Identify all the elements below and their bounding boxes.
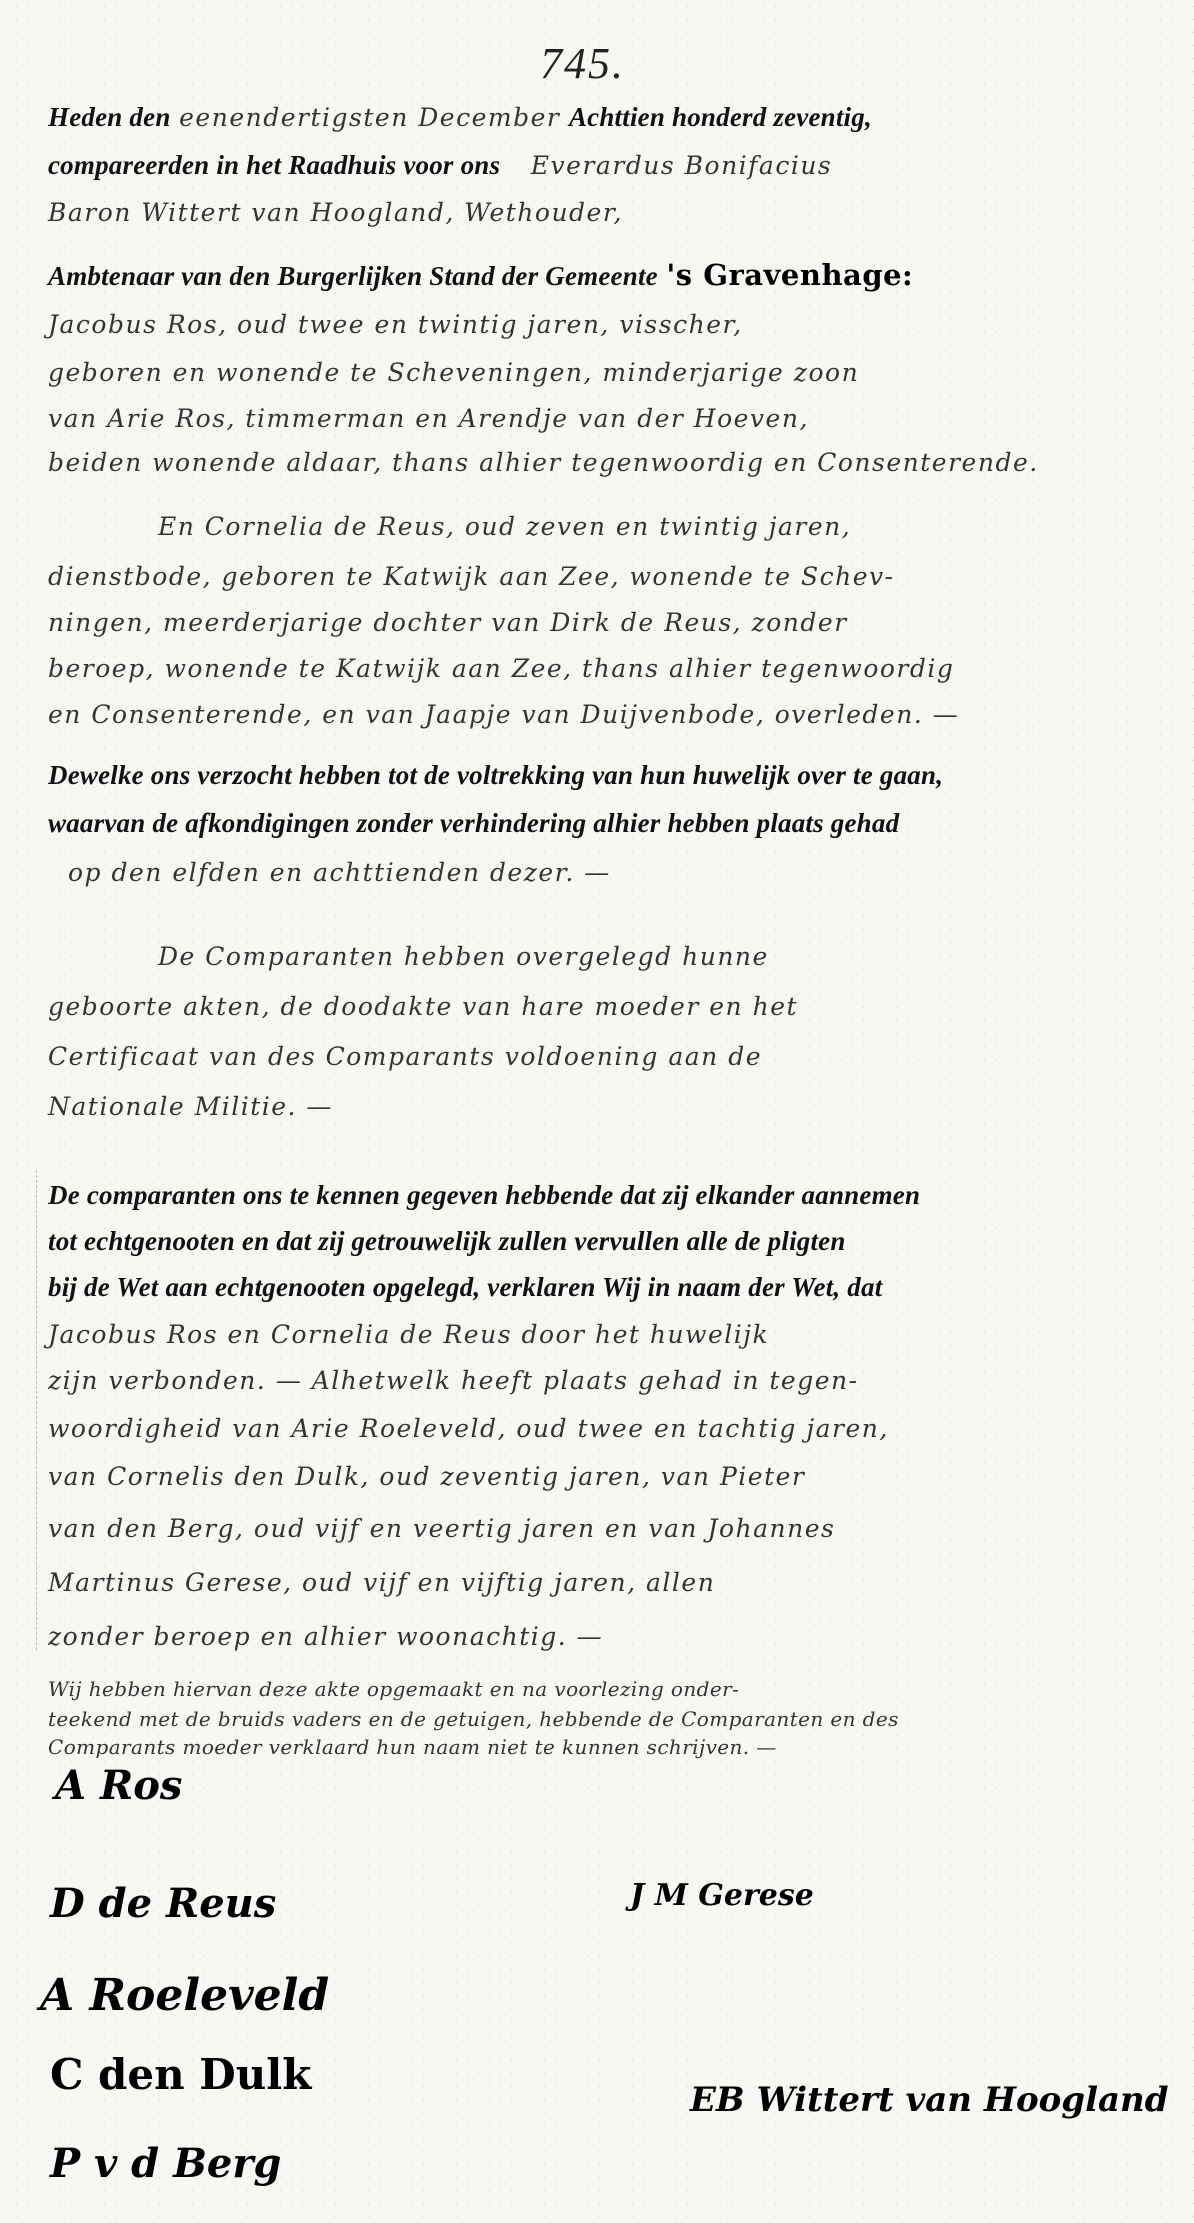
documents-line: Nationale Militie. — bbox=[48, 1090, 1124, 1124]
proclamation-line: Dewelke ons verzocht hebben tot de voltr… bbox=[48, 758, 1124, 792]
signature-official: EB Wittert van Hoogland bbox=[690, 2080, 1169, 2120]
declaration-line: tot echtgenooten en dat zij getrouwelijk… bbox=[48, 1224, 1124, 1258]
documents-line: geboorte akten, de doodakte van hare moe… bbox=[48, 990, 1124, 1024]
printed-text: compareerden in het Raadhuis voor ons bbox=[48, 150, 500, 180]
intro-line-1: Heden den eenendertigsten December Achtt… bbox=[48, 100, 1124, 135]
groom-line: beiden wonende aldaar, thans alhier tege… bbox=[48, 446, 1124, 480]
declaration-line: Martinus Gerese, oud vijf en vijftig jar… bbox=[48, 1566, 1124, 1600]
intro-line-2: compareerden in het Raadhuis voor ons Ev… bbox=[48, 148, 1124, 183]
signature-witness-1: A Roeleveld bbox=[40, 1970, 329, 2021]
printed-text: Ambtenaar van den Burgerlijken Stand der… bbox=[48, 261, 658, 291]
bride-line: dienstbode, geboren te Katwijk aan Zee, … bbox=[48, 560, 1124, 594]
municipality-name: 's Gravenhage: bbox=[666, 258, 913, 292]
bride-line: En Cornelia de Reus, oud zeven en twinti… bbox=[48, 510, 1124, 544]
signature-witness-4: J M Gerese bbox=[630, 1878, 814, 1913]
declaration-line: woordigheid van Arie Roeleveld, oud twee… bbox=[48, 1412, 1124, 1446]
signature-father-bride: D de Reus bbox=[50, 1880, 276, 1927]
signature-witness-2: C den Dulk bbox=[50, 2050, 311, 2099]
printed-text: Heden den bbox=[48, 102, 171, 132]
documents-line: De Comparanten hebben overgelegd hunne bbox=[48, 940, 1124, 974]
declaration-line: zonder beroep en alhier woonachtig. — bbox=[48, 1620, 1124, 1654]
documents-line: Certificaat van des Comparants voldoenin… bbox=[48, 1040, 1124, 1074]
declaration-line: van Cornelis den Dulk, oud zeventig jare… bbox=[48, 1460, 1124, 1494]
printed-text: Achttien honderd zeventig, bbox=[569, 102, 872, 132]
groom-line: van Arie Ros, timmerman en Arendje van d… bbox=[48, 402, 1124, 436]
intro-line-4: Ambtenaar van den Burgerlijken Stand der… bbox=[48, 258, 1124, 294]
declaration-line: van den Berg, oud vijf en veertig jaren … bbox=[48, 1512, 1124, 1546]
bride-line: beroep, wonende te Katwijk aan Zee, than… bbox=[48, 652, 1124, 686]
declaration-line: zijn verbonden. — Alhetwelk heeft plaats… bbox=[48, 1364, 1124, 1398]
closing-line: Wij hebben hiervan deze akte opgemaakt e… bbox=[48, 1672, 1124, 1706]
closing-line: Comparants moeder verklaard hun naam nie… bbox=[48, 1730, 1124, 1764]
declaration-line: De comparanten ons te kennen gegeven heb… bbox=[48, 1178, 1124, 1212]
signature-father-groom: A Ros bbox=[55, 1762, 182, 1809]
intro-line-3: Baron Wittert van Hoogland, Wethouder, bbox=[48, 196, 1124, 230]
handwritten-official-name: Everardus Bonifacius bbox=[509, 151, 832, 180]
signature-witness-3: P v d Berg bbox=[50, 2140, 281, 2187]
declaration-line: bij de Wet aan echtgenooten opgelegd, ve… bbox=[48, 1270, 1124, 1304]
proclamation-dates: op den elfden en achttienden dezer. — bbox=[48, 856, 1124, 890]
page-number: 745. bbox=[540, 38, 625, 89]
groom-line: Jacobus Ros, oud twee en twintig jaren, … bbox=[48, 308, 1124, 342]
bride-line: en Consenterende, en van Jaapje van Duij… bbox=[48, 698, 1124, 732]
groom-line: geboren en wonende te Scheveningen, mind… bbox=[48, 356, 1124, 390]
margin-rule bbox=[36, 1170, 37, 1650]
handwritten-official-title: Baron Wittert van Hoogland, Wethouder, bbox=[48, 198, 623, 227]
proclamation-line: waarvan de afkondigingen zonder verhinde… bbox=[48, 806, 1124, 840]
bride-line: ningen, meerderjarige dochter van Dirk d… bbox=[48, 606, 1124, 640]
handwritten-date: eenendertigsten December bbox=[179, 103, 560, 132]
declaration-line: Jacobus Ros en Cornelia de Reus door het… bbox=[48, 1318, 1124, 1352]
